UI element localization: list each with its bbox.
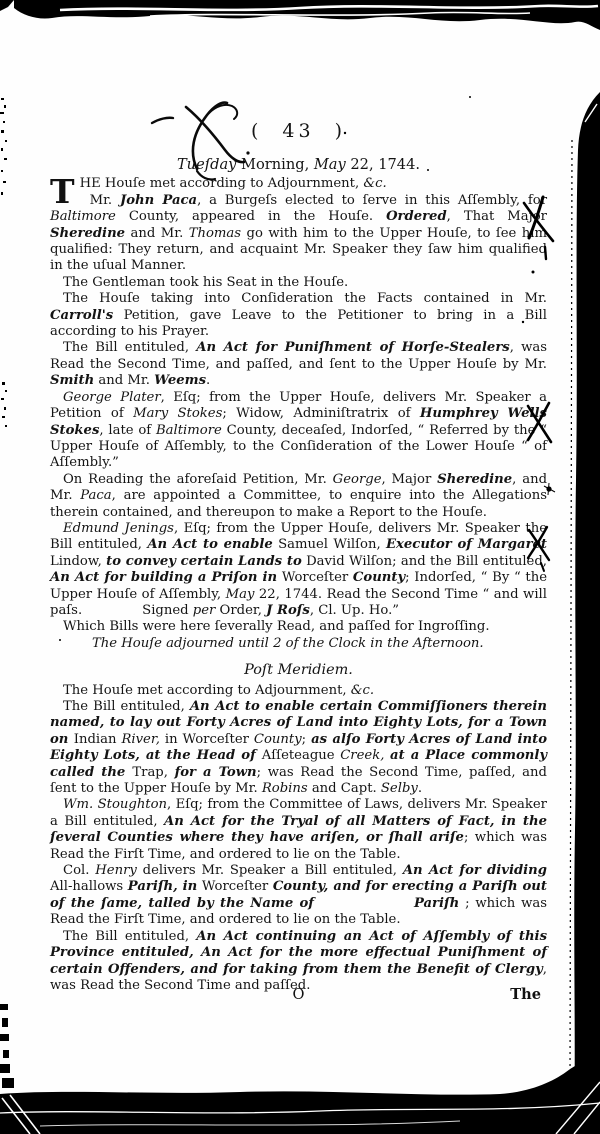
text-segment: Worceſter (277, 570, 353, 585)
horse-stealers-bill: The Bill entituled, An Act for Puniſhmen… (50, 340, 547, 389)
blank-space (82, 613, 142, 614)
text-segment: An Act for building a Priſon in (50, 570, 277, 585)
text-segment: Mr. (90, 193, 120, 208)
text-segment: Smith (50, 373, 94, 388)
text-segment: Petition, gave Leave to the Petitioner t… (50, 308, 547, 339)
bills-ingrossing: Which Bills were here ſeverally Read, an… (50, 619, 547, 635)
text-segment: Henry (95, 863, 137, 878)
text-segment: County, appeared in the Houſe. (116, 209, 386, 224)
text-segment: The Houſe taking into Conſideration the … (63, 291, 547, 306)
page-number: ( 43 ) (50, 120, 547, 142)
text-segment: An Act for dividing (403, 863, 547, 878)
text-segment: An Act for Puniſhment of Horſe-Stealers (196, 340, 509, 355)
text-segment: &c. (363, 176, 386, 191)
text-segment: The Houſe met according to Adjournment, (63, 683, 351, 698)
adjournment-line: The Houſe adjourned until 2 of the Clock… (50, 636, 547, 652)
text-segment: Pariſh (414, 896, 459, 911)
text-segment: and Mr. (125, 226, 189, 241)
text-segment: for a Town (175, 765, 257, 780)
text-segment: delivers Mr. Speaker a Bill entituled, (137, 863, 403, 878)
text-segment: &c. (351, 683, 374, 698)
text-segment: Carroll's (50, 308, 113, 323)
text-segment: Sheredine (437, 472, 512, 487)
carroll-petition: The Houſe taking into Conſideration the … (50, 291, 547, 340)
bottom-left-speckles (0, 1004, 14, 1088)
text-segment: Mary Stokes (133, 406, 222, 421)
text-segment: Aſſeteague (262, 748, 340, 763)
text-segment: The Bill entituled, (63, 929, 196, 944)
text-segment: . (206, 373, 210, 388)
pm-house-met: The Houſe met according to Adjournment, … (50, 683, 547, 699)
morning-session-opening: THE Houſe met according to Adjournment, … (50, 176, 547, 274)
text-segment: , That Major (447, 209, 547, 224)
text-segment: Worceſter (197, 879, 273, 894)
text-segment: Which Bills were here ſeverally Read, an… (63, 619, 490, 634)
text-segment: , Major (382, 472, 438, 487)
text-segment: The Houſe adjourned until 2 of the Clock… (92, 636, 484, 651)
text-segment: Poſt Meridiem. (244, 662, 353, 678)
text-segment: Worceſter (183, 732, 254, 747)
text-segment: John Paca (120, 193, 197, 208)
text-segment: per (193, 603, 216, 618)
top-edge-band (14, 0, 600, 30)
text-segment: Pariſh, in (128, 879, 198, 894)
date-heading: Tueſday Morning, May 22, 1744. (50, 157, 547, 173)
left-edge-speckles (0, 98, 7, 427)
gentleman-seat: The Gentleman took his Seat in the Houſe… (50, 275, 547, 291)
text-segment: Weems (154, 373, 206, 388)
petition-committee: On Reading the aforeſaid Petition, Mr. G… (50, 472, 547, 521)
text-segment: ; (302, 732, 311, 747)
text-segment: May (226, 587, 255, 602)
text-segment: The Bill entituled, (63, 699, 190, 714)
page-footer: O The (50, 986, 547, 1003)
text-segment: Signed (142, 603, 193, 618)
text-segment: Selby (381, 781, 418, 796)
top-left-corner-mark (0, 0, 14, 11)
text-segment: Tueſday (177, 156, 236, 173)
catchword: The (510, 986, 541, 1003)
text-segment: , are appointed a Committee, to enquire … (50, 488, 547, 519)
document-body: Tueſday Morning, May 22, 1744.THE Houſe … (50, 157, 547, 994)
text-segment: Wm. Stoughton (63, 797, 167, 812)
blank-space (314, 906, 414, 907)
text-segment: Robins (262, 781, 308, 796)
stokes-petition: George Plater, Eſq; from the Upper Houſe… (50, 390, 547, 472)
text-segment: and Mr. (94, 373, 154, 388)
text-segment: Thomas (189, 226, 241, 241)
text-segment: May (314, 156, 346, 173)
text-segment: George (333, 472, 382, 487)
scanned-page: ( 43 ) Tueſday Morning, May 22, 1744.THE… (0, 0, 600, 1134)
bottom-edge-band (0, 1056, 600, 1134)
text-segment: David Wilſon; and the Bill entituled, (302, 554, 547, 569)
text-segment: ; Widow, Adminiſtratrix of (222, 406, 419, 421)
signature-mark: O (293, 986, 305, 1003)
text-segment: Creek, (340, 748, 390, 763)
text-segment: Indian (74, 732, 122, 747)
jenings-bills: Edmund Jenings, Eſq; from the Upper Houſ… (50, 521, 547, 619)
text-segment: Samuel Wilſon, (273, 537, 386, 552)
text-segment: Sheredine (50, 226, 125, 241)
text-segment: The Bill entituled, (63, 340, 196, 355)
text-segment: in (165, 732, 183, 747)
dropcap-initial: T (50, 176, 80, 205)
text-segment: J Roſs (266, 603, 310, 618)
text-segment: , a Burgeſs elected to ſerve in this Aſſ… (197, 193, 547, 208)
text-segment: George Plater (63, 390, 161, 405)
text-segment: County (353, 570, 405, 585)
text-segment: Executor of Margaret (386, 537, 547, 552)
text-segment: . (418, 781, 422, 796)
text-segment: , Cl. Up. Ho.” (310, 603, 399, 618)
text-segment: On Reading the aforeſaid Petition, Mr. (63, 472, 333, 487)
text-segment: Ordered (386, 209, 447, 224)
text-segment: Baltimore (156, 423, 222, 438)
text-segment: HE Houſe met according to Adjournment, (80, 176, 364, 191)
text-segment: Paca (80, 488, 111, 503)
text-segment: An Act to enable (147, 537, 272, 552)
tryal-of-fact-bill: Wm. Stoughton, Eſq; from the Committee o… (50, 797, 547, 863)
text-segment: Order, (215, 603, 266, 618)
text-segment: Lindow, (50, 554, 106, 569)
benefit-of-clergy-bill: The Bill entituled, An Act continuing an… (50, 929, 547, 995)
text-segment: Morning, (236, 156, 313, 173)
text-segment: River, (121, 732, 164, 747)
text-segment: and Capt. (308, 781, 381, 796)
parish-dividing-bill: Col. Henry delivers Mr. Speaker a Bill e… (50, 863, 547, 929)
town-lots-bill: The Bill entituled, An Act to enable cer… (50, 699, 547, 797)
text-segment: The Gentleman took his Seat in the Houſe… (63, 275, 348, 290)
text-segment: 22, 1744. (346, 156, 420, 173)
text-segment: Trap, (132, 765, 174, 780)
post-meridiem-heading: Poſt Meridiem. (50, 662, 547, 678)
text-segment: Baltimore (50, 209, 116, 224)
text-segment: , late of (99, 423, 156, 438)
right-edge-band (570, 92, 600, 1134)
text-segment: to convey certain Lands to (106, 554, 302, 569)
text-segment: Edmund Jenings (63, 521, 174, 536)
blank-space (80, 203, 90, 204)
text-segment: All-hallows (50, 879, 128, 894)
text-segment: Col. (63, 863, 95, 878)
text-segment: County (254, 732, 302, 747)
